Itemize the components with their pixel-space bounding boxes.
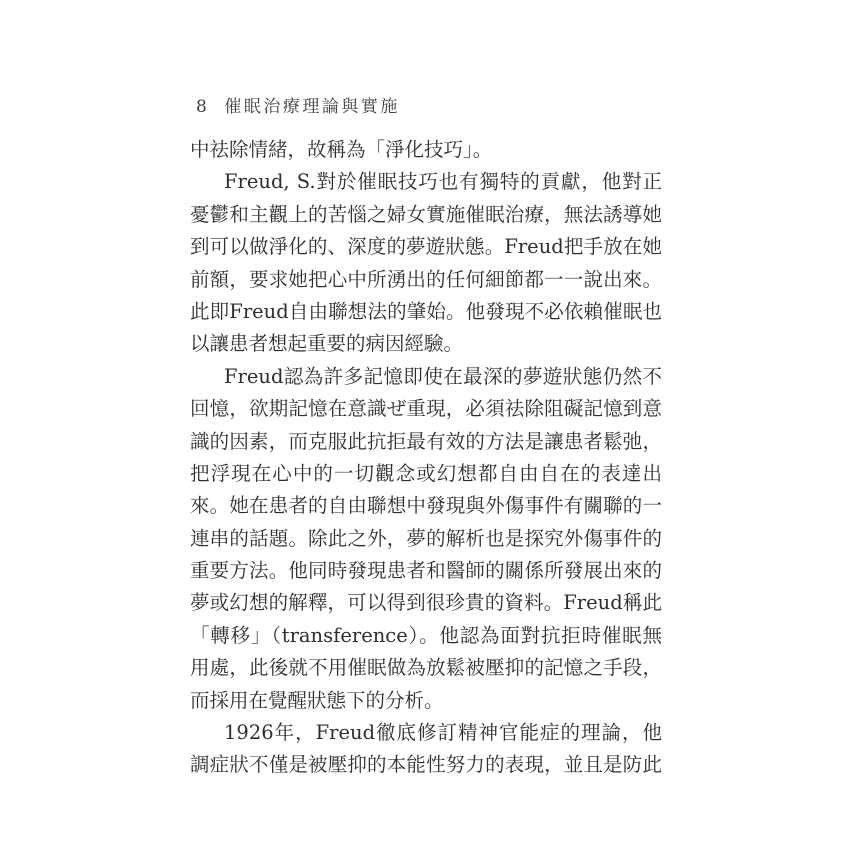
- body-line: 回憶，欲期記憶在意識ぜ重現，必須祛除阻礙記憶到意: [190, 393, 662, 425]
- page-body: 中祛除情緒，故稱為「淨化技巧」。 Freud, S.對於催眠技巧也有獨特的貢獻，…: [190, 134, 662, 782]
- book-page: 8 催眠治療理論與實施 中祛除情緒，故稱為「淨化技巧」。 Freud, S.對於…: [0, 0, 850, 850]
- body-line: Freud, S.對於催眠技巧也有獨特的貢獻，他對正受: [190, 166, 662, 198]
- body-line: 以讓患者想起重要的病因經驗。: [190, 328, 662, 360]
- body-line: 把浮現在心中的一切觀念或幻想都自由自在的表達出: [190, 458, 662, 490]
- running-header: 8 催眠治療理論與實施: [196, 92, 400, 117]
- body-line: 夢或幻想的解釋，可以得到很珍貴的資料。Freud稱此為: [190, 587, 662, 619]
- body-line: 識的因素，而克服此抗拒最有效的方法是讓患者鬆弛，: [190, 426, 662, 458]
- running-title: 催眠治療理論與實施: [224, 92, 400, 117]
- body-line: 中祛除情緒，故稱為「淨化技巧」。: [190, 134, 662, 166]
- body-line: 來。她在患者的自由聯想中發現與外傷事件有關聯的一: [190, 490, 662, 522]
- body-line: 而採用在覺醒狀態下的分析。: [190, 685, 662, 717]
- page-number: 8: [196, 97, 209, 117]
- body-line: 連串的話題。除此之外，夢的解析也是探究外傷事件的: [190, 523, 662, 555]
- body-line: 前額，要求她把心中所湧出的任何細節都一一說出來。: [190, 264, 662, 296]
- body-line: 1926年，Freud徹底修訂精神官能症的理論，他強: [190, 717, 662, 749]
- body-line: 到可以做淨化的、深度的夢遊狀態。Freud把手放在她的: [190, 231, 662, 263]
- body-line: 此即Freud自由聯想法的肇始。他發現不必依賴催眠也可: [190, 296, 662, 328]
- body-line: 用處，此後就不用催眠做為放鬆被壓抑的記憶之手段，: [190, 652, 662, 684]
- body-line: 調症狀不僅是被壓抑的本能性努力的表現，並且是防此: [190, 749, 662, 781]
- body-line: Freud認為許多記憶即使在最深的夢遊狀態仍然不能: [190, 361, 662, 393]
- body-line: 憂鬱和主觀上的苦惱之婦女實施催眠治療，無法誘導她: [190, 199, 662, 231]
- body-line: 重要方法。他同時發現患者和醫師的關係所發展出來的: [190, 555, 662, 587]
- body-line: 「轉移」（transference）。他認為面對抗拒時催眠無太大: [190, 620, 662, 652]
